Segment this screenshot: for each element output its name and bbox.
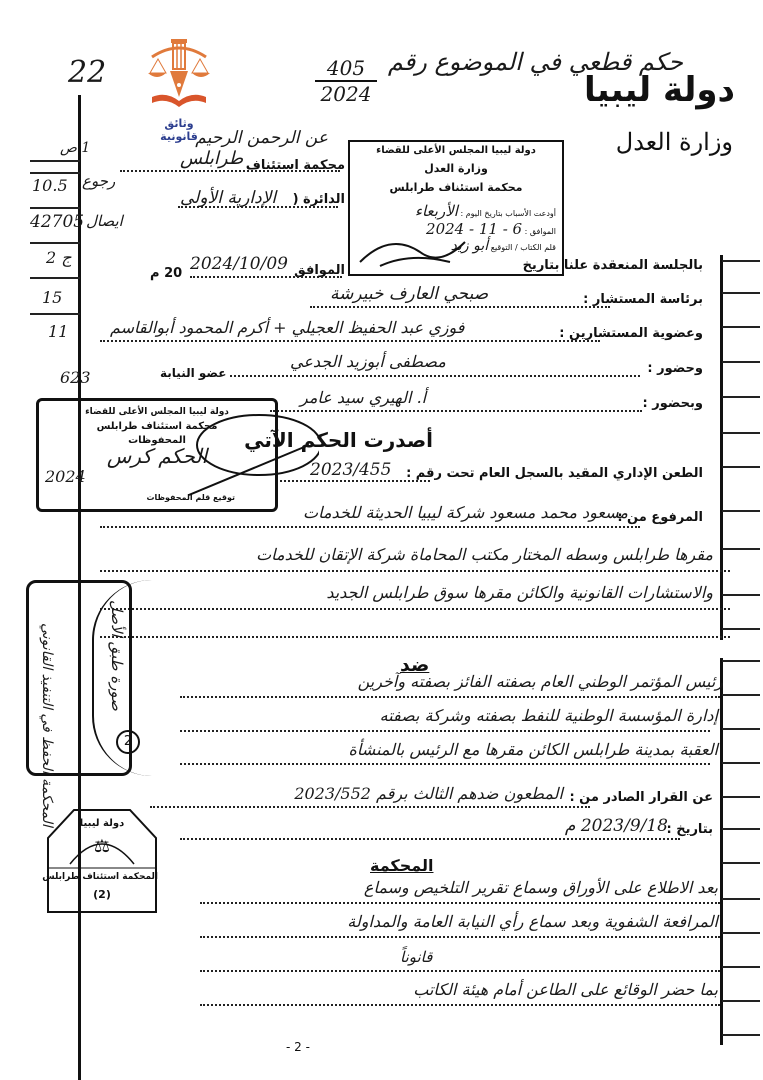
seal-number: (2) xyxy=(46,888,158,901)
margin-entry: 42705 xyxy=(30,212,84,232)
margin-tick xyxy=(722,432,760,434)
left-tick xyxy=(30,172,80,174)
decision-value: المطعون ضدهم الثالث برقم 2023/552 xyxy=(294,784,563,803)
country-title: دولة ليبيا xyxy=(584,70,735,110)
signature-loop-icon xyxy=(189,405,319,505)
left-tick xyxy=(30,277,80,279)
circuit-value: الإدارية الأولى xyxy=(180,188,276,208)
left-tick xyxy=(30,242,80,244)
margin-note: رجوع xyxy=(82,172,115,190)
margin-tick xyxy=(722,628,760,630)
members-value: فوزي عبد الحفيظ العجيلي + أكرم المحمود أ… xyxy=(110,318,464,337)
scales-icon: ⚖ xyxy=(46,836,158,857)
margin-tick xyxy=(722,966,760,968)
handwritten-title: حكم قطعي في الموضوع رقم xyxy=(388,48,683,76)
presiding-field xyxy=(310,306,610,308)
received-stamp: دولة ليبيا المجلس الأعلى للقضاء وزارة ال… xyxy=(348,140,564,276)
margin-entry: 1 ص xyxy=(60,140,90,156)
stamp-value: الأربعاء xyxy=(415,202,458,220)
members-label: وعضوية المستشارين : xyxy=(559,326,703,341)
session-date-suffix: 20 م xyxy=(150,266,182,281)
logo: وثائق قانونية xyxy=(148,35,210,130)
against-field xyxy=(180,763,710,765)
stamp-label: قلم الكتاب / التوقيع xyxy=(491,243,556,252)
court-value: طرابلس xyxy=(180,148,243,169)
session-date: 2024/10/09 xyxy=(190,254,288,274)
margin-entry: 11 xyxy=(48,322,68,341)
ministry-title: وزارة العدل xyxy=(616,128,733,156)
judgment-heading: أصدرت الحكم الآتي xyxy=(244,428,433,452)
seal-top-text: دولة ليبيا xyxy=(46,818,158,829)
presiding-value: صبحي العارف خبيرشة xyxy=(330,284,488,304)
margin-tick xyxy=(722,466,760,468)
margin-tick xyxy=(722,694,760,696)
decision-field xyxy=(150,806,590,808)
against-field xyxy=(180,730,710,732)
presiding-label: برئاسة المستشار : xyxy=(583,292,703,307)
margin-tick xyxy=(722,548,760,550)
filed-by-line: والاستشارات القانونية والكائن مقرها سوق … xyxy=(326,583,713,602)
margin-entry: 10.5 xyxy=(32,176,68,195)
stamp-label: أودعت الأسباب بتاريخ اليوم : xyxy=(460,209,556,218)
margin-entry: ج 2 xyxy=(46,248,72,267)
stamp-field: أودعت الأسباب بتاريخ اليوم : الأربعاء xyxy=(350,202,562,220)
court-line: المرافعة الشفوية وبعد سماع رأي النيابة ا… xyxy=(347,912,718,931)
stamp-line: وزارة العدل xyxy=(350,162,562,175)
court-seal: دولة ليبيا ⚖ المحكمة استئناف طرابلس (2) xyxy=(46,808,158,918)
clerk-label: وبحضور : xyxy=(643,396,704,411)
left-tick xyxy=(30,160,80,162)
appeal-label: الطعن الإداري المقيد بالسجل العام تحت رق… xyxy=(406,466,703,481)
side-stamp-arc: صورة طبق الأصل 2 xyxy=(92,580,214,776)
court-line: بعد الاطلاع على الأوراق وسماع تقرير التل… xyxy=(364,878,718,897)
attendance-value: مصطفى أبوزيد الجدعي xyxy=(290,352,446,371)
margin-tick xyxy=(722,396,760,398)
archive-stamp: دولة ليبيا المجلس الأعلى للقضاء محكمة اس… xyxy=(36,398,278,512)
margin-entry: 623 xyxy=(60,368,91,387)
seal-court-text: المحكمة استئناف طرابلس xyxy=(46,872,158,882)
case-number-fraction: 405 2024 xyxy=(315,56,377,106)
margin-tick xyxy=(722,361,760,363)
stamp-vertical-text: صورة طبق الأصل xyxy=(108,600,126,711)
margin-tick xyxy=(722,292,760,294)
date-label: بتاريخ : xyxy=(666,822,713,837)
session-date-field xyxy=(190,276,342,278)
case-year: 2024 xyxy=(315,82,377,106)
decision-label: عن القرار الصادر من : xyxy=(569,790,713,805)
against-line: رئيس المؤتمر الوطني العام بصفته الفائز ب… xyxy=(358,672,723,691)
decision-date: 2023/9/18 م xyxy=(565,816,668,836)
court-line-field xyxy=(200,902,720,904)
margin-note: ايصال xyxy=(86,212,123,230)
margin-entry: 15 xyxy=(42,288,62,307)
left-tick xyxy=(30,207,80,209)
court-line-field xyxy=(200,970,720,972)
left-tick xyxy=(30,313,80,315)
margin-tick xyxy=(722,510,760,512)
margin-tick xyxy=(722,898,760,900)
court-line: قانوناً xyxy=(400,948,432,966)
margin-gap xyxy=(718,640,726,658)
stamp-label: الموافق : xyxy=(525,227,556,236)
against-line: إدارة المؤسسة الوطنية للنفط بصفته وشركة … xyxy=(380,706,718,725)
court-line-field xyxy=(200,936,720,938)
circle-number: 2 xyxy=(116,730,140,754)
clerk-field xyxy=(270,410,642,412)
court-line: بما حضر الوقائع على الطاعن أمام هيئة الك… xyxy=(413,980,718,999)
stamp-text: المحكمة الحفظ في التنفيذ القانوني xyxy=(39,623,55,827)
margin-tick xyxy=(722,862,760,864)
session-label: بالجلسة المنعقدة علنا بتاريخ xyxy=(523,258,703,273)
attendance-label: وحضور : xyxy=(647,361,703,376)
filed-by-line: مسعود محمد مسعود شركة ليبيا الحديثة للخد… xyxy=(303,503,628,522)
stamp-line: دولة ليبيا المجلس الأعلى للقضاء xyxy=(350,145,562,156)
margin-tick xyxy=(722,828,760,830)
handwritten-basmala: عن الرحمن الرحيم xyxy=(195,128,328,148)
margin-tick xyxy=(722,1034,760,1036)
filed-by-field xyxy=(100,526,640,528)
page-mark: - 2 - xyxy=(286,1040,310,1054)
margin-tick xyxy=(722,1000,760,1002)
attendance-field xyxy=(230,375,640,377)
filed-by-label: المرفوع من : xyxy=(617,510,703,525)
stamp-number: 2024 xyxy=(45,467,86,486)
stamp-line: محكمة استئناف طرابلس xyxy=(350,181,562,194)
margin-tick xyxy=(722,660,760,662)
against-line: العقبة بمدينة طرابلس الكائن مقرها مع الر… xyxy=(349,740,718,759)
court-field xyxy=(120,170,340,172)
filed-by-line: مقرها طرابلس وسطه المختار مكتب المحاماة … xyxy=(256,545,713,564)
margin-tick xyxy=(722,932,760,934)
appeal-number: 2023/455 xyxy=(310,460,391,480)
prosecution-label: عضو النيابة xyxy=(160,366,226,380)
scales-pen-logo-icon xyxy=(148,35,210,115)
page-number: 22 xyxy=(68,55,106,90)
filed-by-field xyxy=(100,570,730,572)
against-field xyxy=(180,696,720,698)
margin-tick xyxy=(722,326,760,328)
margin-tick xyxy=(722,762,760,764)
court-heading: المحكمة xyxy=(370,856,433,875)
members-field xyxy=(100,340,600,342)
margin-tick xyxy=(722,594,760,596)
court-line-field xyxy=(200,1004,720,1006)
margin-tick xyxy=(722,796,760,798)
appeal-field xyxy=(280,480,430,482)
margin-tick xyxy=(722,260,760,262)
circuit-label: الدائرة ( xyxy=(293,192,345,207)
margin-tick xyxy=(722,728,760,730)
case-number: 405 xyxy=(315,56,377,82)
decision-date-field xyxy=(180,838,680,840)
signature-scribble-icon xyxy=(350,222,470,272)
